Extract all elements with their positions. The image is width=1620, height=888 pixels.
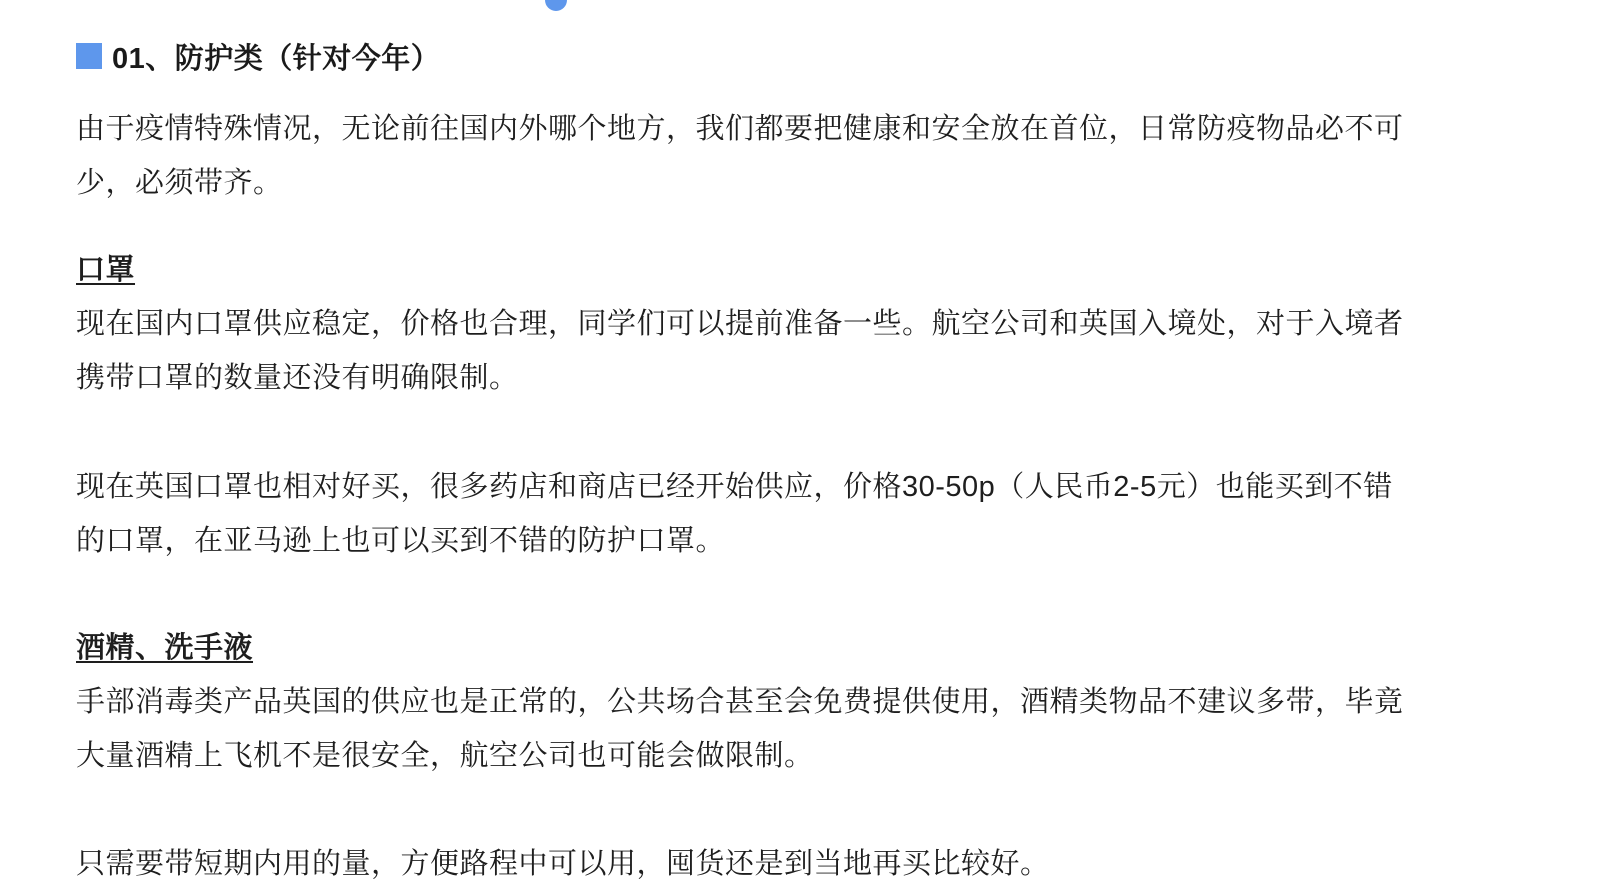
paragraph-sanitizer-supply-line-2: 大量酒精上飞机不是很安全，航空公司也可能会做限制。 bbox=[76, 729, 1620, 783]
paragraph-masks-domestic-line-1: 现在国内口罩供应稳定，价格也合理，同学们可以提前准备一些。航空公司和英国入境处，… bbox=[76, 297, 1620, 351]
paragraph-sanitizer-advice-line-1: 只需要带短期内用的量，方便路程中可以用，囤货还是到当地再买比较好。 bbox=[76, 837, 1620, 888]
paragraph-intro-line-2: 少，必须带齐。 bbox=[76, 156, 1620, 210]
document-body: 01、防护类（针对今年） 由于疫情特殊情况，无论前往国内外哪个地方，我们都要把健… bbox=[0, 0, 1620, 888]
paragraph-sanitizer-supply: 手部消毒类产品英国的供应也是正常的，公共场合甚至会免费提供使用，酒精类物品不建议… bbox=[76, 675, 1620, 783]
paragraph-masks-uk: 现在英国口罩也相对好买，很多药店和商店已经开始供应，价格30-50p（人民币2-… bbox=[76, 460, 1620, 568]
heading-bullet-square-icon bbox=[76, 43, 102, 69]
subheading-sanitizer: 酒精、洗手液 bbox=[76, 621, 1620, 675]
paragraph-masks-domestic: 现在国内口罩供应稳定，价格也合理，同学们可以提前准备一些。航空公司和英国入境处，… bbox=[76, 297, 1620, 405]
paragraph-masks-uk-line-1: 现在英国口罩也相对好买，很多药店和商店已经开始供应，价格30-50p（人民币2-… bbox=[76, 460, 1620, 514]
section-heading: 01、防护类（针对今年） bbox=[76, 29, 1620, 83]
paragraph-masks-domestic-line-2: 携带口罩的数量还没有明确限制。 bbox=[76, 351, 1620, 405]
paragraph-sanitizer-advice: 只需要带短期内用的量，方便路程中可以用，囤货还是到当地再买比较好。 bbox=[76, 837, 1620, 888]
subheading-masks: 口罩 bbox=[76, 243, 1620, 297]
section-heading-text: 01、防护类（针对今年） bbox=[112, 36, 440, 77]
paragraph-intro-line-1: 由于疫情特殊情况，无论前往国内外哪个地方，我们都要把健康和安全放在首位，日常防疫… bbox=[76, 102, 1620, 156]
paragraph-intro: 由于疫情特殊情况，无论前往国内外哪个地方，我们都要把健康和安全放在首位，日常防疫… bbox=[76, 102, 1620, 210]
paragraph-sanitizer-supply-line-1: 手部消毒类产品英国的供应也是正常的，公共场合甚至会免费提供使用，酒精类物品不建议… bbox=[76, 675, 1620, 729]
paragraph-masks-uk-line-2: 的口罩，在亚马逊上也可以买到不错的防护口罩。 bbox=[76, 514, 1620, 568]
